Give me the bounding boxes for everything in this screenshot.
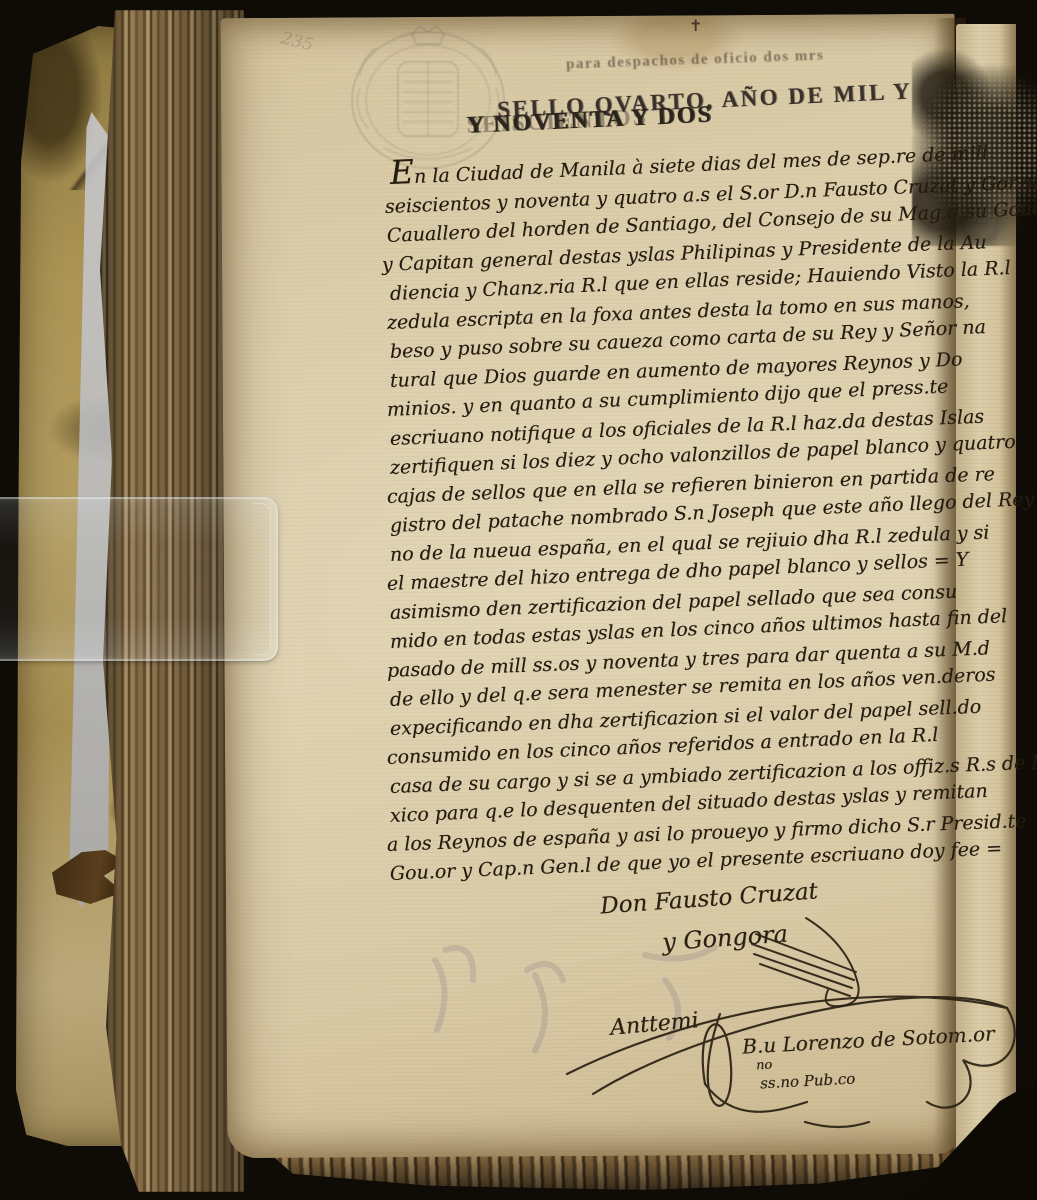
cross-mark-icon: ✝ — [689, 16, 702, 35]
plastic-book-weight — [0, 497, 278, 661]
manuscript-body: En la Ciudad de Manila à siete dias del … — [390, 158, 968, 889]
archive-photo: para despachos de oficio dos mrs SELLO Q… — [0, 0, 1037, 1200]
notary-abbrev: no — [756, 1058, 773, 1074]
